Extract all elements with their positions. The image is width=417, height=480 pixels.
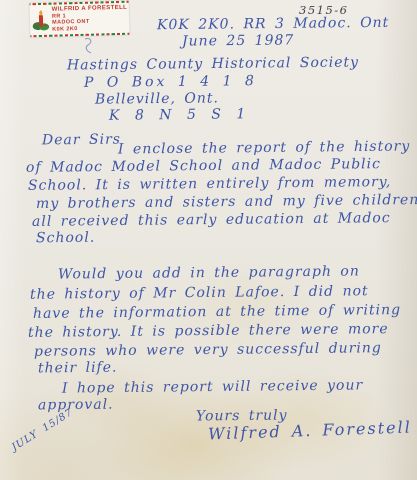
return-address-sticker: WILFRID A FORESTELL RR 1 MADOC ONT K0K 2… [30, 1, 130, 38]
recipient-line: Hastings County Historical Society [67, 54, 359, 73]
received-date-note: JULY 15/87 [10, 407, 75, 453]
recipient-line: P O Box 1 4 1 8 [84, 73, 257, 91]
letter-date: June 25 1987 [182, 32, 294, 49]
sticker-line4: K0K 2K0 [52, 24, 129, 32]
return-address-line: K0K 2K0. RR 3 Madoc. Ont [157, 15, 389, 33]
body-line: approval. [38, 397, 114, 414]
christmas-candle-icon [32, 8, 51, 32]
body-line: of Madoc Model School and Madoc Public [26, 156, 381, 176]
pen-squiggle-mark [82, 36, 96, 56]
body-line: persons who were very successful during [34, 340, 382, 360]
body-line: School. [36, 230, 95, 247]
recipient-line: K 8 N 5 S 1 [109, 106, 249, 123]
body-line: my brothers and sisters and my five chil… [36, 192, 417, 212]
body-line: all received this early education at Mad… [32, 210, 391, 230]
body-line: have the information at the time of writ… [33, 302, 401, 322]
sticker-address-text: WILFRID A FORESTELL RR 1 MADOC ONT K0K 2… [50, 5, 130, 33]
body-line: their life. [38, 360, 118, 377]
body-line: Would you add in the paragraph on [58, 263, 360, 282]
body-line: I hope this report will receive your [62, 377, 363, 396]
body-line: the history. It is possible there were m… [28, 321, 389, 341]
scanned-letter-page: WILFRID A FORESTELL RR 1 MADOC ONT K0K 2… [0, 0, 417, 480]
body-line: I enclose the report of the history [118, 138, 410, 157]
body-line: School. It is written entirely from memo… [28, 174, 391, 194]
body-line: the history of Mr Colin Lafoe. I did not [30, 283, 369, 303]
salutation: Dear Sirs [42, 132, 121, 149]
recipient-line: Belleville, Ont. [95, 90, 219, 107]
